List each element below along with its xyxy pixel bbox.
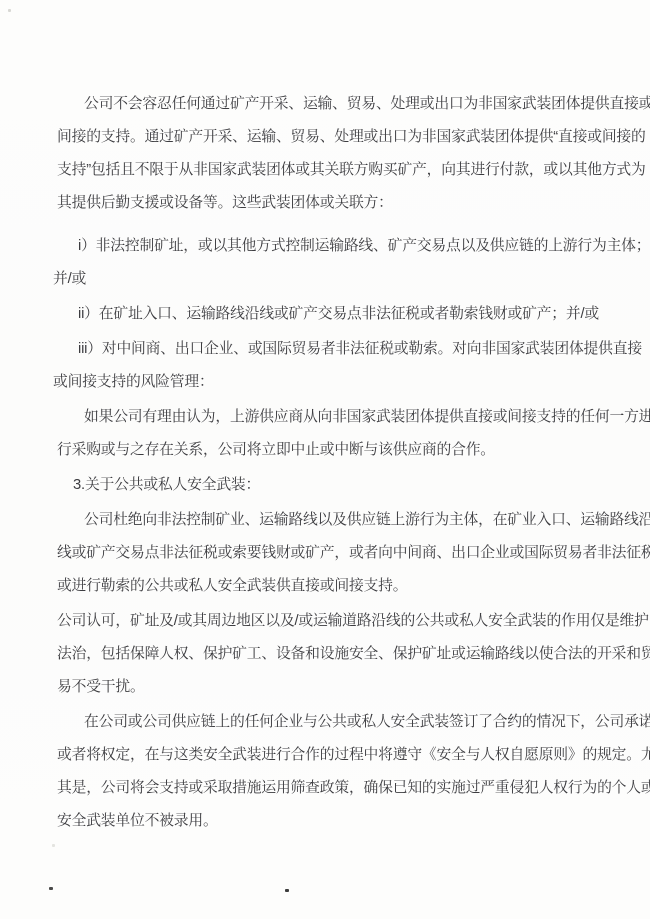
paragraph: 在公司或公司供应链上的任何企业与公共或私人安全武装签订了合约的情况下，公司承诺或… [57, 706, 626, 838]
paragraph: 公司不会容忍任何通过矿产开采、运输、贸易、处理或出口为非国家武装团体提供直接或间… [57, 88, 626, 220]
paragraph: i）非法控制矿址，或以其他方式控制运输路线、矿产交易点以及供应链的上游行为主体；… [57, 230, 626, 296]
text-line: 其提供后勤支援或设备等。这些武装团体或关联方： [57, 187, 626, 220]
text-line: 安全武装单位不被录用。 [57, 805, 626, 838]
paragraph: 公司认可，矿址及/或其周边地区以及/或运输道路沿线的公共或私人安全武装的作用仅是… [57, 605, 626, 704]
scanned-page: 公司不会容忍任何通过矿产开采、运输、贸易、处理或出口为非国家武装团体提供直接或间… [0, 0, 650, 919]
text-line: 公司不会容忍任何通过矿产开采、运输、贸易、处理或出口为非国家武装团体提供直接或 [57, 88, 626, 121]
paragraph: ii）在矿址入口、运输路线沿线或矿产交易点非法征税或者勒索钱财或矿产；并/或 [57, 298, 626, 331]
paragraph: 3.关于公共或私人安全武装： [57, 469, 626, 502]
text-line: 或间接支持的风险管理： [53, 366, 626, 399]
text-line: 或进行勒索的公共或私人安全武装供直接或间接支持。 [57, 570, 626, 603]
paragraph: iii）对中间商、出口企业、或国际贸易者非法征税或勒索。对向非国家武装团体提供直… [57, 333, 626, 399]
text-line: 支持”包括且不限于从非国家武装团体或其关联方购买矿产，向其进行付款，或以其他方式… [57, 154, 626, 187]
document-body: 公司不会容忍任何通过矿产开采、运输、贸易、处理或出口为非国家武装团体提供直接或间… [57, 88, 626, 840]
text-line: 易不受干扰。 [57, 671, 626, 704]
text-line: 3.关于公共或私人安全武装： [57, 469, 626, 502]
text-line: 在公司或公司供应链上的任何企业与公共或私人安全武装签订了合约的情况下，公司承诺 [57, 706, 626, 739]
text-line: 行采购或与之存在关系，公司将立即中止或中断与该供应商的合作。 [57, 434, 626, 467]
text-line: i）非法控制矿址，或以其他方式控制运输路线、矿产交易点以及供应链的上游行为主体； [57, 230, 626, 263]
text-line: iii）对中间商、出口企业、或国际贸易者非法征税或勒索。对向非国家武装团体提供直… [57, 333, 626, 366]
text-line: 线或矿产交易点非法征税或索要钱财或矿产，或者向中间商、出口企业或国际贸易者非法征… [57, 537, 626, 570]
scan-speck [285, 889, 289, 892]
text-line: 间接的支持。通过矿产开采、运输、贸易、处理或出口为非国家武装团体提供“直接或间接… [57, 121, 626, 154]
text-line: 或者将权定，在与这类安全武装进行合作的过程中将遵守《安全与人权自愿原则》的规定。… [57, 739, 626, 772]
scan-speck [8, 9, 11, 12]
text-line: 其是，公司将会支持或采取措施运用筛查政策，确保已知的实施过严重侵犯人权行为的个人… [57, 772, 626, 805]
text-line: ii）在矿址入口、运输路线沿线或矿产交易点非法征税或者勒索钱财或矿产；并/或 [57, 298, 626, 331]
paragraph: 公司杜绝向非法控制矿业、运输路线以及供应链上游行为主体，在矿业入口、运输路线沿线… [57, 504, 626, 603]
scan-speck [52, 844, 55, 847]
text-line: 公司杜绝向非法控制矿业、运输路线以及供应链上游行为主体，在矿业入口、运输路线沿 [57, 504, 626, 537]
text-line: 法治，包括保障人权、保护矿工、设备和设施安全、保护矿址或运输路线以使合法的开采和… [57, 638, 626, 671]
paragraph: 如果公司有理由认为，上游供应商从向非国家武装团体提供直接或间接支持的任何一方进行… [57, 401, 626, 467]
scan-speck [49, 887, 53, 890]
text-line: 公司认可，矿址及/或其周边地区以及/或运输道路沿线的公共或私人安全武装的作用仅是… [57, 605, 626, 638]
text-line: 如果公司有理由认为，上游供应商从向非国家武装团体提供直接或间接支持的任何一方进 [57, 401, 626, 434]
text-line: 并/或 [53, 263, 626, 296]
